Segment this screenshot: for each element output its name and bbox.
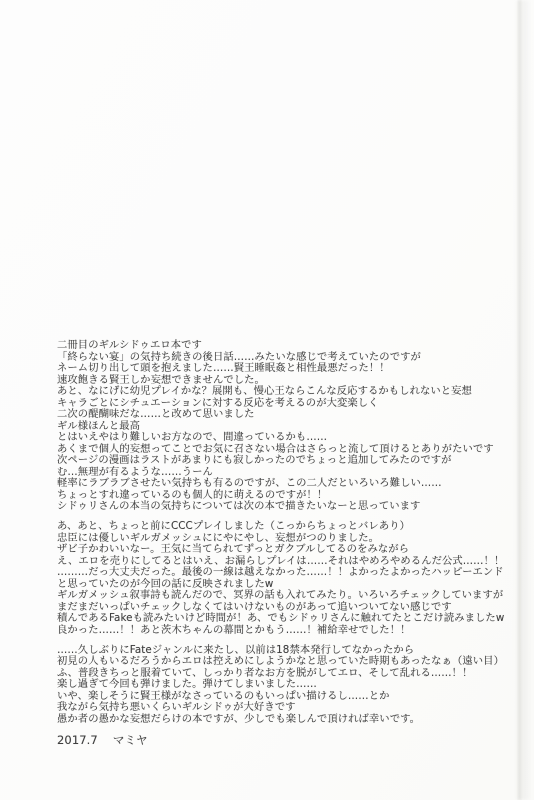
afterword-paragraph-1: 二冊目のギルシドゥエロ本です 「終らない宴」の気持ち続きの後日話……みたいな感じ… (57, 340, 514, 513)
afterword-paragraph-3: ……久しぶりにFateジャンルに来たし、以前は18禁本発行してなかったから 初見… (57, 645, 514, 726)
afterword-line: ネーム切り出して頭を抱えました……賢王睡眠姦と相性最悪だった！！ (57, 363, 514, 375)
afterword-line: 二次の醍醐味だな……と改めて思いました (57, 409, 514, 421)
afterword-paragraph-2: あ、あと、ちょっと前にCCCプレイしました（こっからちょっとバレあり） 忠臣には… (57, 521, 514, 636)
afterword-line: 次ページの漫画はラストがあまりにも寂しかったのでちょっと追加してみたのですが (57, 455, 514, 467)
afterword-line: 我ながら気持ち悪いくらいギルシドゥが大好きです (57, 702, 514, 714)
afterword-line: 二冊目のギルシドゥエロ本です (57, 340, 514, 352)
afterword-line: 楽し過ぎて今回も弾けました。弾けてしまいました…… (57, 679, 514, 691)
signature-date: 2017.7 (57, 733, 98, 747)
scan-crease-line (518, 0, 521, 800)
afterword-line: ………だっ大丈夫だった。最後の一線は越えなかった……！！よかったよかったハッピー… (57, 567, 514, 579)
scanned-page: 二冊目のギルシドゥエロ本です 「終らない宴」の気持ち続きの後日話……みたいな感じ… (0, 0, 534, 800)
afterword-line: 初見の人もいるだろうからエロは控えめにしようかなと思っていた時期もあったなぁ（遠… (57, 656, 514, 668)
afterword-line: 軽率にラブラブさせたい気持ちも有るのですが、この二人だといろいろ難しい…… (57, 478, 514, 490)
afterword-line: あと、なにげに幼児プレイかな？展開も、慢心王ならこんな反応するかもしれないと妄想 (57, 386, 514, 398)
scan-edge-shadow (514, 0, 530, 800)
afterword-line: 良かった……！！あと茨木ちゃんの幕間とかもう……！補給幸せでした！！ (57, 625, 514, 637)
signature-author: マミヤ (113, 733, 148, 747)
afterword-text-block: 二冊目のギルシドゥエロ本です 「終らない宴」の気持ち続きの後日話……みたいな感じ… (57, 340, 514, 747)
afterword-line: ギルガメッシュ叙事詩も読んだので、冥界の話も入れてみたり。いろいろチェックしてい… (57, 590, 514, 602)
afterword-line: シドゥリさんの本当の気持ちについては次の本で描きたいなーと思っています (57, 501, 514, 513)
afterword-line: ザビ子かわいいなー。王気に当てられてずっとガクブルしてるのをみながら (57, 544, 514, 556)
signature: 2017.7マミヤ (57, 734, 514, 747)
afterword-line: とはいえやはり難しいお方なので、間違っているかも…… (57, 432, 514, 444)
afterword-line: 積んであるFakeも読みたいけど時間が！あ、でもシドゥリさんに触れてたとこだけ読… (57, 613, 514, 625)
afterword-line: あ、あと、ちょっと前にCCCプレイしました（こっからちょっとバレあり） (57, 521, 514, 533)
afterword-line: 愚か者の愚かな妄想だらけの本ですが、少しでも楽しんで頂ければ幸いです。 (57, 714, 514, 726)
